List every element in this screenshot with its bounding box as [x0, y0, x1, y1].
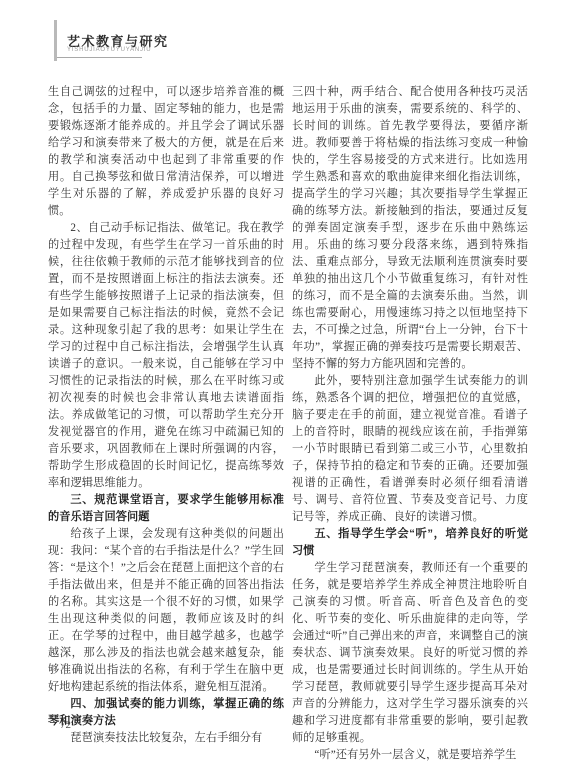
- paragraph: 2、自己动手标记指法、做笔记。我在教学的过程中发现，有些学生在学习一首乐曲的时候…: [48, 220, 284, 492]
- right-column: 三四十种，两手结合、配合使用各种技巧灵活地运用于乐曲的演奏，需要系统的、科学的、…: [292, 84, 528, 764]
- section-heading-three: 三、规范课堂语言，要求学生能够用标准的音乐语言回答问题: [48, 492, 284, 526]
- page-number: 72: [60, 719, 71, 731]
- section-heading-five: 五、指导学生学会“听”，培养良好的听觉习惯: [292, 526, 528, 560]
- article-body: 生自己调弦的过程中，可以逐步培养音准的概念，包括手的力量、固定琴轴的能力，也是需…: [48, 84, 528, 764]
- paragraph: “听”还有另外一层含义，就是要培养学生: [292, 747, 528, 764]
- paragraph-continuation: 三四十种，两手结合、配合使用各种技巧灵活地运用于乐曲的演奏，需要系统的、科学的、…: [292, 84, 528, 373]
- header-accent-bar: [54, 20, 57, 61]
- journal-pinyin: YISHUJIAOYUYUYANJIU: [67, 47, 151, 53]
- paragraph-continuation: 生自己调弦的过程中，可以逐步培养音准的概念，包括手的力量、固定琴轴的能力，也是需…: [48, 84, 284, 220]
- left-column: 生自己调弦的过程中，可以逐步培养音准的概念，包括手的力量、固定琴轴的能力，也是需…: [48, 84, 284, 764]
- paragraph: 学生学习琵琶演奏，教师还有一个重要的任务，就是要培养学生养成全神贯注地聆听自己演…: [292, 560, 528, 747]
- journal-page: 艺术教育与研究 YISHUJIAOYUYUYANJIU 生自己调弦的过程中，可以…: [0, 0, 565, 768]
- section-heading-four: 四、加强试奏的能力训练，掌握正确的练琴和演奏方法: [48, 696, 284, 730]
- paragraph: 此外，要特别注意加强学生试奏能力的训练，熟悉各个调的把位，增强把位的直觉感，脑子…: [292, 373, 528, 526]
- header-underline: [57, 57, 142, 58]
- paragraph: 琵琶演奏技法比较复杂，左右手细分有: [48, 730, 284, 747]
- paragraph: 给孩子上课，会发现有这种类似的问题出现：我问：“某个音的右手指法是什么？”学生回…: [48, 526, 284, 696]
